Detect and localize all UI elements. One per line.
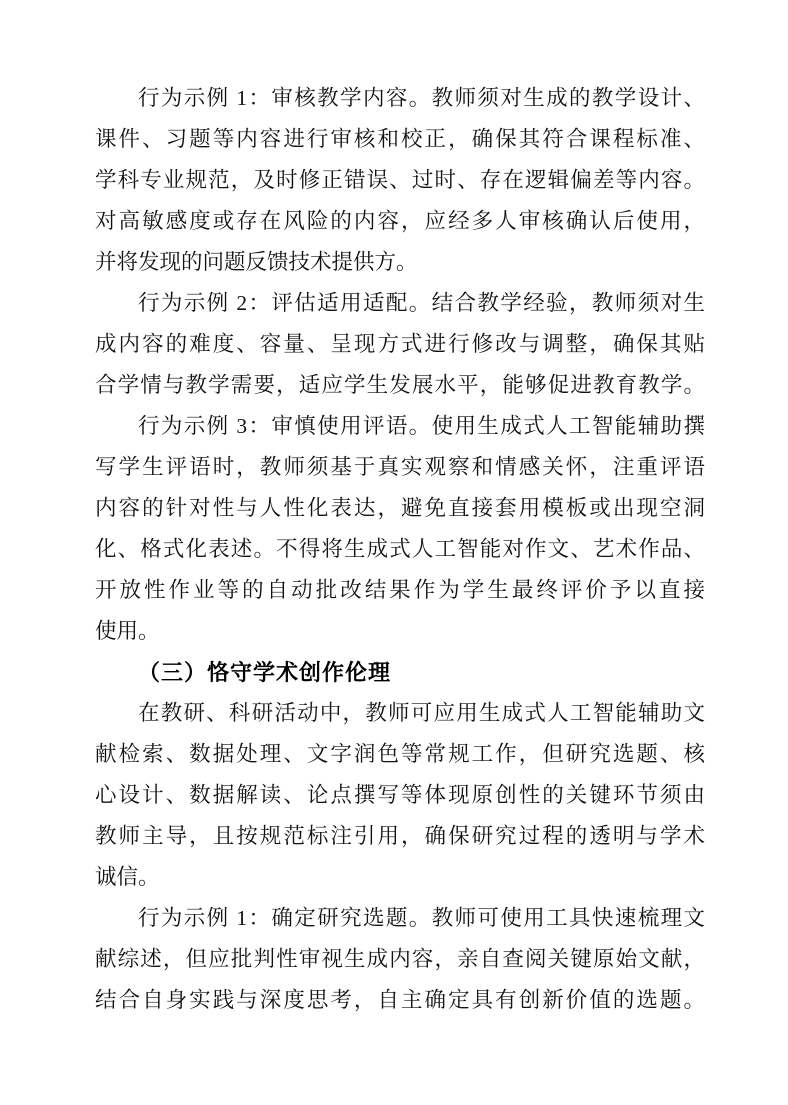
text-line: 并将发现的问题反馈技术提供方。 [95, 242, 705, 283]
text-line: 行为示例 1：确定研究选题。教师可使用工具快速梳理文 [95, 898, 705, 939]
text-line: 写学生评语时，教师须基于真实观察和情感关怀，注重评语 [95, 447, 705, 488]
text-line: 学科专业规范，及时修正错误、过时、存在逻辑偏差等内容。 [95, 160, 705, 201]
text-line: 合学情与教学需要，适应学生发展水平，能够促进教育教学。 [95, 365, 705, 406]
document-page: 行为示例 1：审核教学内容。教师须对生成的教学设计、课件、习题等内容进行审核和校… [0, 0, 788, 1105]
text-line: 内容的针对性与人性化表达，避免直接套用模板或出现空洞 [95, 488, 705, 529]
text-line: 行为示例 2：评估适用适配。结合教学经验，教师须对生 [95, 283, 705, 324]
paragraph: 在教研、科研活动中，教师可应用生成式人工智能辅助文献检索、数据处理、文字润色等常… [95, 693, 705, 898]
text-line: 献综述，但应批判性审视生成内容，亲自查阅关键原始文献， [95, 939, 705, 980]
text-line: 使用。 [95, 611, 705, 652]
document-content: 行为示例 1：审核教学内容。教师须对生成的教学设计、课件、习题等内容进行审核和校… [95, 78, 705, 1021]
text-line: 行为示例 1：审核教学内容。教师须对生成的教学设计、 [95, 78, 705, 119]
text-line: 开放性作业等的自动批改结果作为学生最终评价予以直接 [95, 570, 705, 611]
text-line: 在教研、科研活动中，教师可应用生成式人工智能辅助文 [95, 693, 705, 734]
paragraph: 行为示例 3：审慎使用评语。使用生成式人工智能辅助撰写学生评语时，教师须基于真实… [95, 406, 705, 652]
text-line: 献检索、数据处理、文字润色等常规工作，但研究选题、核 [95, 734, 705, 775]
paragraph: 行为示例 1：确定研究选题。教师可使用工具快速梳理文献综述，但应批判性审视生成内… [95, 898, 705, 1021]
section-heading: （三）恪守学术创作伦理 [95, 652, 705, 693]
text-line: 成内容的难度、容量、呈现方式进行修改与调整，确保其贴 [95, 324, 705, 365]
text-line: 教师主导，且按规范标注引用，确保研究过程的透明与学术 [95, 816, 705, 857]
text-line: 心设计、数据解读、论点撰写等体现原创性的关键环节须由 [95, 775, 705, 816]
text-line: 化、格式化表述。不得将生成式人工智能对作文、艺术作品、 [95, 529, 705, 570]
paragraph: 行为示例 1：审核教学内容。教师须对生成的教学设计、课件、习题等内容进行审核和校… [95, 78, 705, 283]
paragraph: 行为示例 2：评估适用适配。结合教学经验，教师须对生成内容的难度、容量、呈现方式… [95, 283, 705, 406]
text-line: 课件、习题等内容进行审核和校正，确保其符合课程标准、 [95, 119, 705, 160]
heading-text: （三）恪守学术创作伦理 [95, 652, 705, 693]
text-line: 结合自身实践与深度思考，自主确定具有创新价值的选题。 [95, 980, 705, 1021]
text-line: 诚信。 [95, 857, 705, 898]
text-line: 对高敏感度或存在风险的内容，应经多人审核确认后使用， [95, 201, 705, 242]
text-line: 行为示例 3：审慎使用评语。使用生成式人工智能辅助撰 [95, 406, 705, 447]
